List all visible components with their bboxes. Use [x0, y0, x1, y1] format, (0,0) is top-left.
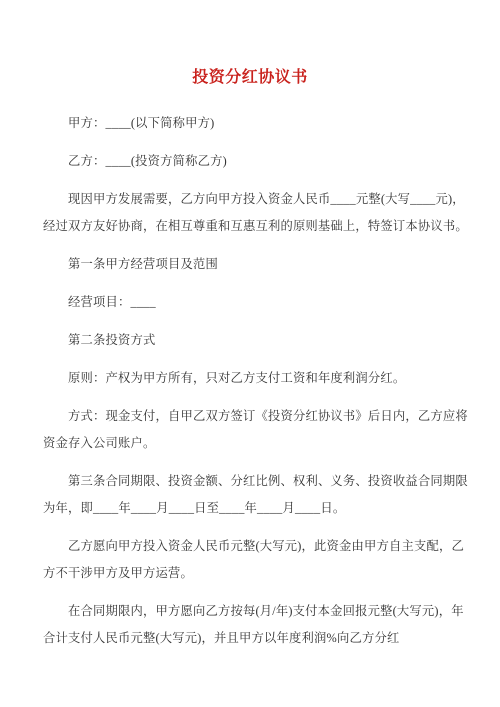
paragraph-line: 甲方：____(以下简称甲方): [43, 110, 457, 137]
paragraph: 在合同期限内，甲方愿向乙方按每(月/年)支付本金回报元整(大写元)，年合计支付人…: [43, 598, 457, 652]
paragraph-line: 第二条投资方式: [43, 327, 457, 354]
paragraph-line: 乙方愿向甲方投入资金人民币元整(大写元)，此资金由甲方自主支配，乙: [43, 533, 457, 560]
paragraph-line: 原则：产权为甲方所有，只对乙方支付工资和年度利润分红。: [43, 365, 457, 392]
paragraph-line: 为年，即____年____月____日至____年____月____日。: [43, 495, 457, 522]
paragraph-line: 现因甲方发展需要，乙方向甲方投入资金人民币____元整(大写____元)，: [43, 186, 457, 213]
paragraph-line: 第一条甲方经营项目及范围: [43, 251, 457, 278]
paragraph: 现因甲方发展需要，乙方向甲方投入资金人民币____元整(大写____元)，经过双…: [43, 186, 457, 240]
paragraph-line: 资金存入公司账户。: [43, 430, 457, 457]
document-body: 甲方：____(以下简称甲方)乙方：____(投资方简称乙方)现因甲方发展需要，…: [43, 110, 457, 652]
paragraph-line: 第三条合同期限、投资金额、分红比例、权利、义务、投资收益合同期限: [43, 468, 457, 495]
paragraph: 甲方：____(以下简称甲方): [43, 110, 457, 137]
paragraph: 第一条甲方经营项目及范围: [43, 251, 457, 278]
paragraph: 原则：产权为甲方所有，只对乙方支付工资和年度利润分红。: [43, 365, 457, 392]
paragraph: 经营项目：____: [43, 289, 457, 316]
paragraph-line: 乙方：____(投资方简称乙方): [43, 148, 457, 175]
paragraph-line: 经营项目：____: [43, 289, 457, 316]
paragraph-line: 经过双方友好协商，在相互尊重和互惠互利的原则基础上，特签订本协议书。: [43, 213, 457, 240]
document-title: 投资分红协议书: [43, 64, 457, 91]
paragraph: 第三条合同期限、投资金额、分红比例、权利、义务、投资收益合同期限为年，即____…: [43, 468, 457, 522]
paragraph: 乙方愿向甲方投入资金人民币元整(大写元)，此资金由甲方自主支配，乙方不干涉甲方及…: [43, 533, 457, 587]
paragraph-line: 合计支付人民币元整(大写元)，并且甲方以年度利润%向乙方分红: [43, 625, 457, 652]
paragraph: 方式：现金支付，自甲乙双方签订《投资分红协议书》后日内，乙方应将资金存入公司账户…: [43, 403, 457, 457]
paragraph: 第二条投资方式: [43, 327, 457, 354]
document-page: 投资分红协议书 甲方：____(以下简称甲方)乙方：____(投资方简称乙方)现…: [0, 0, 500, 707]
paragraph-line: 方不干涉甲方及甲方运营。: [43, 560, 457, 587]
paragraph: 乙方：____(投资方简称乙方): [43, 148, 457, 175]
paragraph-line: 方式：现金支付，自甲乙双方签订《投资分红协议书》后日内，乙方应将: [43, 403, 457, 430]
paragraph-line: 在合同期限内，甲方愿向乙方按每(月/年)支付本金回报元整(大写元)，年: [43, 598, 457, 625]
